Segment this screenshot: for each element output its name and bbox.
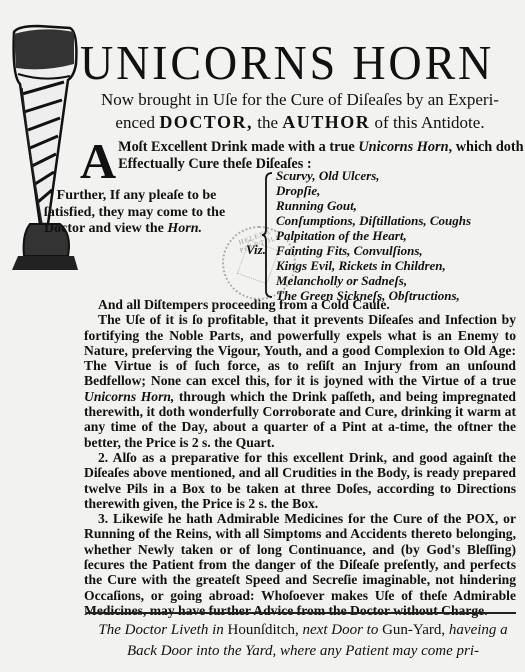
list-item: Running Gout, bbox=[276, 198, 471, 213]
place-name: Gun-Yard, bbox=[382, 622, 445, 638]
unicorns-horn-italic: Unicorns Horn, bbox=[84, 389, 174, 404]
author-caps: AUTHOR bbox=[282, 112, 370, 132]
doctor-caps: DOCTOR, bbox=[159, 112, 253, 132]
footer-text: The Doctor Liveth in bbox=[98, 622, 223, 638]
footer-address: The Doctor Liveth in Hounſditch, next Do… bbox=[88, 620, 518, 662]
broadside-page: UNICORNS HORN Now brought in Uſe for the… bbox=[0, 0, 525, 672]
horn-italic: Horn. bbox=[167, 221, 202, 236]
distempers-line: And all Diſtempers proceeding from a Col… bbox=[84, 297, 516, 312]
paragraph-text: The Uſe of it is ſo profitable, that it … bbox=[84, 312, 516, 388]
item-2-paragraph: 2. Alſo as a preparative for this excell… bbox=[84, 450, 516, 511]
drop-cap: A bbox=[80, 141, 116, 181]
footer-text: next Door to bbox=[303, 622, 379, 638]
page-title: UNICORNS HORN bbox=[80, 38, 494, 88]
body-text: And all Diſtempers proceeding from a Col… bbox=[84, 297, 516, 618]
further-text: Doctor and view the bbox=[44, 221, 164, 236]
further-line-3: Doctor and view the Horn. bbox=[44, 221, 229, 238]
list-item: Dropſie, bbox=[276, 183, 471, 198]
subtitle-text: the bbox=[257, 113, 278, 132]
unicorns-horn-italic: Unicorns Horn bbox=[358, 139, 448, 155]
divider bbox=[86, 612, 516, 614]
list-item: Palpitation of the Heart, bbox=[276, 228, 471, 243]
place-name: Hounſditch, bbox=[228, 622, 299, 638]
disease-list: Scurvy, Old Ulcers, Dropſie, Running Gou… bbox=[276, 168, 471, 303]
list-item: Scurvy, Old Ulcers, bbox=[276, 168, 471, 183]
subtitle-text: enced bbox=[115, 113, 155, 132]
subtitle-line-2: enced DOCTOR, the AUTHOR of this Antidot… bbox=[80, 111, 520, 134]
further-note: Further, If any pleaſe to be ſatisfied, … bbox=[44, 188, 229, 238]
subtitle-line-1: Now brought in Uſe for the Cure of Diſea… bbox=[80, 88, 520, 111]
list-item: Conſumptions, Diſtillations, Coughs bbox=[276, 213, 471, 228]
use-paragraph: The Uſe of it is ſo profitable, that it … bbox=[84, 312, 516, 450]
further-line-2: ſatisfied, they may come to the bbox=[44, 205, 229, 222]
brace-icon bbox=[262, 171, 274, 299]
further-line-1: Further, If any pleaſe to be bbox=[44, 188, 229, 205]
subtitle-text: of this Antidote. bbox=[375, 113, 485, 132]
item-3-paragraph: 3. Likewiſe he hath Admirable Medicines … bbox=[84, 511, 516, 618]
list-item: Fainting Fits, Convulſions, bbox=[276, 243, 471, 258]
list-item: Melancholly or Sadneſs, bbox=[276, 273, 471, 288]
list-item: Kings Evil, Rickets in Children, bbox=[276, 258, 471, 273]
subtitle: Now brought in Uſe for the Cure of Diſea… bbox=[80, 88, 520, 134]
intro-text: , which doth bbox=[449, 139, 524, 155]
intro-text: Moſt Excellent Drink made with a true bbox=[118, 139, 355, 155]
intro-line-1: Moſt Excellent Drink made with a true Un… bbox=[80, 139, 520, 156]
